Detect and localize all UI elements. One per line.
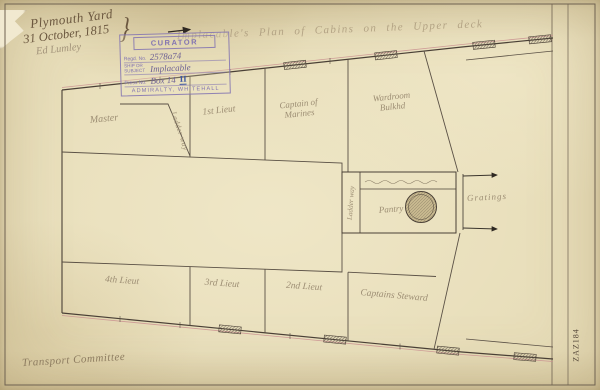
curator-stamp: CURATOR Regd. No. 2578a74 SHIP ORSUBJECT…	[119, 31, 231, 96]
stamp-ship-value: Implacable	[150, 63, 191, 74]
label-pantry: Pantry	[378, 203, 403, 215]
label-gratings: Gratings	[467, 191, 507, 203]
stamp-ship-label-2: SUBJECT	[124, 69, 150, 75]
frame-ticks	[100, 58, 400, 350]
stamp-press-label: Press No.	[124, 81, 150, 87]
stamp-curator-heading: CURATOR	[133, 35, 215, 50]
ship-plan-drawing	[0, 0, 600, 390]
stamp-ship-label: SHIP ORSUBJECT	[124, 64, 150, 74]
stamp-regd-label: Regd. No.	[124, 57, 150, 63]
stamp-regd-value: 2578a74	[150, 52, 182, 62]
stamp-press-value-roman: II	[180, 75, 187, 85]
stamp-press-value: Box 14	[150, 76, 176, 86]
catalogue-number: ZAZ184	[572, 328, 581, 362]
cabin-label-captain-of-marines: Captain of Marines	[279, 98, 319, 121]
illegible-script-line	[365, 181, 437, 184]
plan-sheet: Plymouth Yard 31 October, 1815 } Ed Luml…	[0, 0, 600, 390]
cabin-label-wardroom: Wardroom Bulkhd	[372, 91, 411, 114]
